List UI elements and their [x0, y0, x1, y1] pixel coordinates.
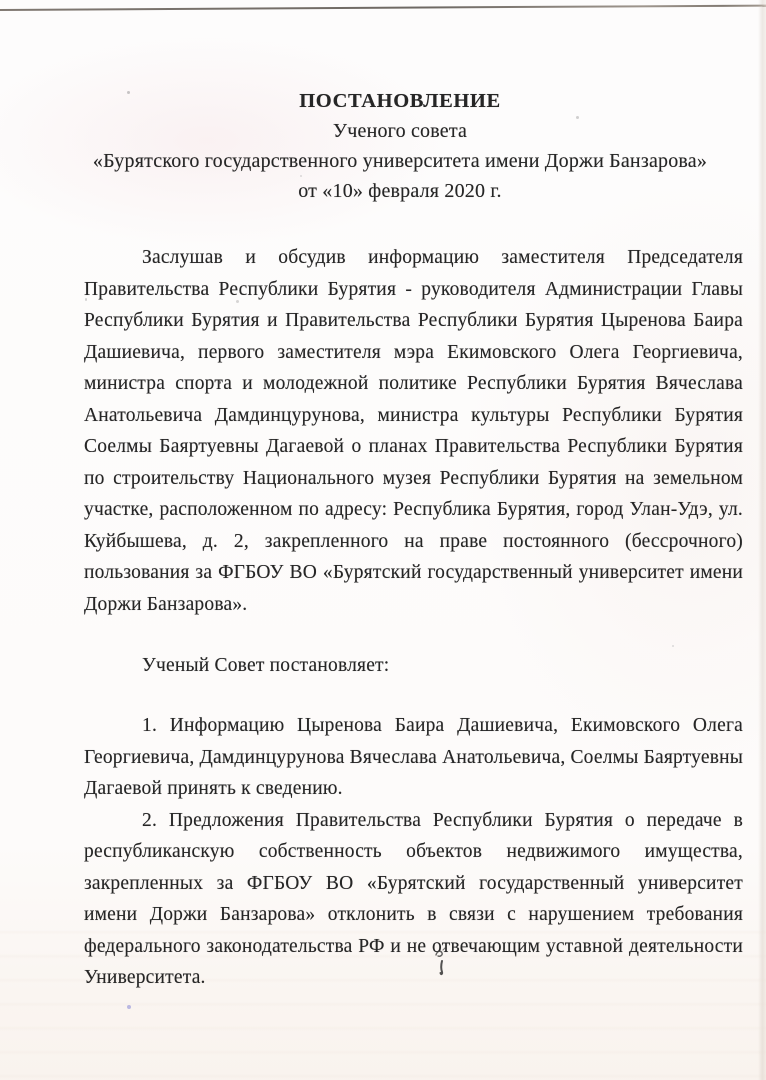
document-page: ПОСТАНОВЛЕНИЕ Ученого совета «Бурятского… — [0, 0, 766, 1080]
text-line: имени Доржи Банзарова» отклонить в связи… — [84, 899, 743, 931]
text-line: Доржи Банзарова». — [84, 589, 743, 621]
text-line: 2. Предложения Правительства Республики … — [84, 805, 743, 837]
resolution-lead: Ученый Совет постановляет: — [84, 650, 743, 682]
item-2: 2. Предложения Правительства Республики … — [84, 805, 743, 994]
paper-speck — [672, 645, 674, 647]
text-line: по строительству Национального музея Рес… — [84, 463, 743, 495]
text-line: Куйбышева, д. 2, закрепленного на праве … — [84, 526, 743, 558]
text-line: закрепленных за ФГБОУ ВО «Бурятский госу… — [84, 868, 743, 900]
document-header: ПОСТАНОВЛЕНИЕ Ученого совета «Бурятского… — [70, 86, 730, 206]
text-line: Республики Бурятия и Правительства Респу… — [84, 305, 743, 337]
blue-ink-dot — [127, 1005, 131, 1009]
text-line: пользования за ФГБОУ ВО «Бурятский госуд… — [84, 557, 743, 589]
text-line: Соелмы Баяртуевны Дагаевой о планах Прав… — [84, 431, 743, 463]
resolution-items: 1. Информацию Цыренова Баира Дашиевича, … — [84, 710, 743, 994]
preamble-paragraph: Заслушав и обсудив информацию заместител… — [84, 242, 743, 620]
text-line: участке, расположенном по адресу: Респуб… — [84, 494, 743, 526]
text-line: Университета. — [84, 962, 743, 994]
org-line-2: «Бурятского государственного университет… — [70, 146, 730, 176]
org-line-1: Ученого совета — [70, 116, 730, 146]
item-1: 1. Информацию Цыренова Баира Дашиевича, … — [84, 710, 743, 805]
date-line: от «10» февраля 2020 г. — [70, 176, 730, 206]
scan-edge-line — [0, 4, 766, 11]
page-right-edge-shadow — [758, 0, 766, 1080]
text-line: федерального законодательства РФ и не от… — [84, 931, 743, 963]
text-line: Заслушав и обсудив информацию заместител… — [84, 242, 743, 274]
text-line: Георгиевича, Дамдинцурунова Вячеслава Ан… — [84, 742, 743, 774]
text-line: Анатольевича Дамдинцурунова, министра ку… — [84, 400, 743, 432]
text-line: министра спорта и молодежной политике Ре… — [84, 368, 743, 400]
text-line: Правительства Республики Бурятия - руков… — [84, 274, 743, 306]
text-line: республиканскую собственность объектов н… — [84, 836, 743, 868]
document-title: ПОСТАНОВЛЕНИЕ — [70, 86, 730, 116]
text-line: Ученый Совет постановляет: — [84, 650, 743, 682]
text-line: Дагаевой принять к сведению. — [84, 773, 743, 805]
text-line: Дашиевича, первого заместителя мэра Еким… — [84, 337, 743, 369]
text-line: 1. Информацию Цыренова Баира Дашиевича, … — [84, 710, 743, 742]
